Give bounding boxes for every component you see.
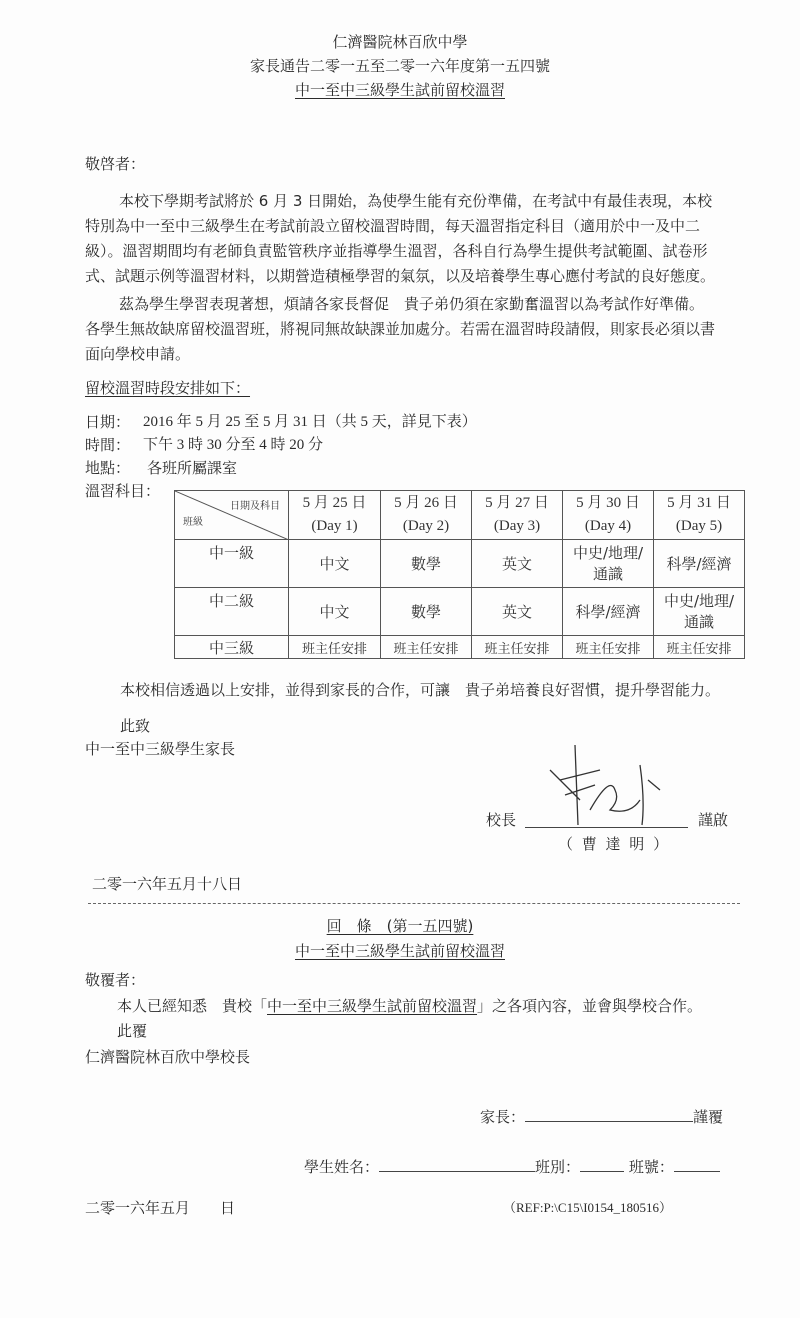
class-label: 班別： [535,1158,580,1176]
subject-cell: 班主任安排 [289,636,381,659]
notice-number: 家長通告二零一五至二零一六年度第一五四號 [0,56,800,76]
reply-body: 本人已經知悉 貴校「中一至中三級學生試前留校溫習」之各項內容，並會與學校合作。 [117,996,702,1016]
ci-fu: 此覆 [117,1021,147,1041]
school-name: 仁濟醫院林百欣中學 [0,32,800,52]
subject-line: 通識 [563,564,653,585]
paragraph-line: 本校下學期考試將於 6 月 3 日開始，為使學生能有充份準備，在考試中有最佳表現… [85,189,745,214]
subject-line: 中史/地理/ [563,543,653,564]
time-label: 時間： [85,435,130,455]
subject-cell: 英文 [472,588,563,636]
subject-cell: 中史/地理/通識 [654,588,745,636]
table-column-header: 5 月 25 日(Day 1) [289,491,381,540]
column-day: (Day 5) [654,515,744,538]
student-info-fields: 學生姓名：班別： 班號： [304,1157,720,1177]
student-name-blank[interactable] [379,1157,535,1172]
paragraph-1: 本校下學期考試將於 6 月 3 日開始，為使學生能有充份準備，在考試中有最佳表現… [85,189,745,289]
arrangement-heading: 留校溫習時段安排如下： [85,379,250,397]
paragraph-line: 各學生無故缺席留校溫習班，將視同無故缺課並加處分。若需在溫習時段請假，則家長必須… [85,317,745,342]
subject-cell: 中文 [289,540,381,588]
table-column-header: 5 月 27 日(Day 3) [472,491,563,540]
grade-cell: 中三級 [175,636,289,659]
column-date: 5 月 30 日 [563,492,653,515]
venue-value: 各班所屬課室 [147,458,237,478]
column-day: (Day 2) [381,515,471,538]
paragraph-line: 式、試題示例等溫習材料，以期營造積極學習的氣氛，以及培養學生專心應付考試的良好態… [85,264,745,289]
subject-cell: 中史/地理/通識 [563,540,654,588]
subject-cell: 班主任安排 [472,636,563,659]
subject-cell: 班主任安排 [654,636,745,659]
column-day: (Day 3) [472,515,562,538]
subject-cell: 中文 [289,588,381,636]
recipient: 中一至中三級學生家長 [85,739,235,759]
table-column-header: 5 月 30 日(Day 4) [563,491,654,540]
subject-cell: 數學 [381,588,472,636]
table-row: 中一級 中文 數學 英文 中史/地理/通識 科學/經濟 [175,540,745,588]
column-date: 5 月 31 日 [654,492,744,515]
signature-line [525,827,688,828]
subject-cell: 班主任安排 [563,636,654,659]
corner-date-subject-label: 日期及科目 [230,497,280,512]
date-label: 日期： [85,412,130,432]
ci-zhi: 此致 [120,716,150,736]
reply-date: 二零一六年五月 日 [85,1198,235,1218]
paragraph-line: 茲為學生學習表現著想，煩請各家長督促 貴子弟仍須在家勤奮溫習以為考試作好準備。 [85,292,745,317]
subject-line: 通識 [654,612,744,633]
table-row: 中二級 中文 數學 英文 科學/經濟 中史/地理/通識 [175,588,745,636]
class-no-label: 班號： [629,1158,674,1176]
reply-recipient: 仁濟醫院林百欣中學校長 [85,1047,250,1067]
grade-cell: 中一級 [175,540,289,588]
class-no-blank[interactable] [674,1157,720,1172]
closing-paragraph: 本校相信透過以上安排，並得到家長的合作，可讓 貴子弟培養良好習慣，提升學習能力。 [120,680,720,700]
table-header-row: 日期及科目 班級 5 月 25 日(Day 1) 5 月 26 日(Day 2)… [175,491,745,540]
jin-qi: 謹啟 [698,810,728,830]
table-corner-cell: 日期及科目 班級 [175,491,289,540]
principal-name: （ 曹 達 明 ） [558,834,670,854]
subject-cell: 班主任安排 [381,636,472,659]
class-blank[interactable] [580,1157,624,1172]
paragraph-line: 面向學校申請。 [85,342,745,367]
schedule-table: 日期及科目 班級 5 月 25 日(Day 1) 5 月 26 日(Day 2)… [174,490,745,659]
column-date: 5 月 27 日 [472,492,562,515]
venue-label: 地點： [85,458,130,478]
notice-date: 二零一六年五月十八日 [92,874,242,894]
reply-salutation: 敬覆者： [85,970,145,990]
subjects-label: 溫習科目： [85,481,160,501]
grade-cell: 中二級 [175,588,289,636]
parent-signature-field: 家長：謹覆 [480,1107,723,1127]
column-day: (Day 4) [563,515,653,538]
date-value: 2016 年 5 月 25 至 5 月 31 日（共 5 天，詳見下表） [143,412,477,432]
table-row: 中三級 班主任安排 班主任安排 班主任安排 班主任安排 班主任安排 [175,636,745,659]
tear-off-line [88,903,740,904]
notice-title: 中一至中三級學生試前留校溫習 [295,81,505,99]
time-value: 下午 3 時 30 分至 4 時 20 分 [143,435,323,455]
salutation: 敬啓者： [85,154,145,174]
column-date: 5 月 26 日 [381,492,471,515]
table-column-header: 5 月 26 日(Day 2) [381,491,472,540]
student-name-label: 學生姓名： [304,1158,379,1176]
principal-label: 校長 [486,810,516,830]
reply-slip-subtitle: 中一至中三級學生試前留校溫習 [295,942,505,960]
table-column-header: 5 月 31 日(Day 5) [654,491,745,540]
reply-body-suffix: 」之各項內容，並會與學校合作。 [477,997,702,1015]
reply-body-prefix: 本人已經知悉 貴校「 [117,997,267,1015]
parent-signature-blank[interactable] [525,1107,693,1122]
corner-class-label: 班級 [183,513,203,528]
paragraph-2: 茲為學生學習表現著想，煩請各家長督促 貴子弟仍須在家勤奮溫習以為考試作好準備。 … [85,292,745,367]
reply-body-program-name: 中一至中三級學生試前留校溫習 [267,997,477,1015]
reply-slip-title: 回 條 (第一五四號) [327,917,474,935]
parent-label: 家長： [480,1108,525,1126]
principal-signature [530,740,700,830]
subject-cell: 英文 [472,540,563,588]
paragraph-line: 特別為中一至中三級學生在考試前設立留校溫習時間，每天溫習指定科目（適用於中一及中… [85,214,745,239]
subject-cell: 數學 [381,540,472,588]
reference-code: （REF:P:\C15\I0154_180516） [503,1198,672,1218]
subject-cell: 科學/經濟 [654,540,745,588]
jin-fu: 謹覆 [693,1108,723,1126]
paragraph-line: 級）。溫習期間均有老師負責監管秩序並指導學生溫習，各科自行為學生提供考試範圍、試… [85,239,745,264]
column-day: (Day 1) [289,515,380,538]
subject-line: 中史/地理/ [654,591,744,612]
subject-cell: 科學/經濟 [563,588,654,636]
column-date: 5 月 25 日 [289,492,380,515]
